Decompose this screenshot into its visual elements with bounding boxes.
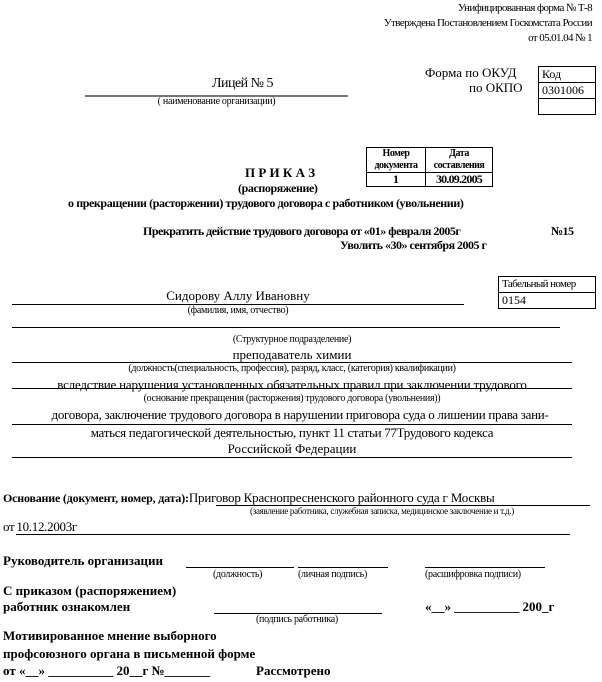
employee-position: преподаватель химии [12,347,572,363]
basis-row: Основание (документ, номер, дата):Пригов… [3,490,495,506]
organization-name: Лицей № 5 [85,76,400,92]
basis-date-prefix: от [3,519,14,534]
basis-value: Приговор Краснопресненского районного су… [189,490,495,505]
basis-date: 10.12.2003г [16,519,77,534]
dismiss-date-line: Уволить «30» сентября 2005 г [340,238,487,253]
tab-number-header: Табельный номер [499,277,596,293]
okpo-value [539,99,596,115]
union-line-2: профсоюзного органа в письменной форме [3,646,255,662]
form-number-line: Унифицированная форма № Т-8 [458,2,592,14]
okpo-label: по ОКПО [469,80,523,96]
signature-caption: (личная подпись) [298,569,367,580]
reason-line-1-strike [12,388,572,389]
contract-number: №15 [551,224,574,239]
reason-line-1: вследствие нарушения установленных обяза… [12,377,572,393]
union-reviewed: Рассмотрено [256,663,331,679]
reason-line-4-underline [12,457,572,458]
reason-line-3: маться педагогической деятельностью, пун… [12,425,572,441]
okud-label: Форма по ОКУД [425,65,517,81]
employee-signature-caption: (подпись работника) [256,614,338,625]
head-position-line[interactable] [186,567,294,568]
employee-name-caption: (фамилия, имя, отчество) [12,305,464,316]
head-signature-line[interactable] [298,567,388,568]
decode-caption: (расшифровка подписи) [425,569,521,580]
doc-number-value: 1 [367,173,426,187]
order-description: о прекращении (расторжении) трудового до… [68,196,463,211]
doc-number-header: Номер документа [367,148,426,173]
approved-line: Утверждена Постановлением Госкомстата Ро… [384,17,592,29]
okud-value: 0301006 [539,83,596,99]
union-line-3: от «__» __________ 20__г №_______ [3,663,210,679]
code-header: Код [539,67,596,83]
tab-number-value: 0154 [499,293,596,309]
basis-label: Основание (документ, номер, дата): [3,491,189,505]
head-label: Руководитель организации [3,553,163,569]
position-caption: (должность(специальность, профессия), ра… [12,363,572,374]
ack-label-1: С приказом (распоряжением) [3,583,176,599]
order-title: П Р И К А З [245,165,315,181]
terminate-contract-line: Прекратить действие трудового договора о… [143,224,460,239]
document-table: Номер документа Дата составления 1 30.09… [366,147,493,187]
basis-caption: (заявление работника, служебная записка,… [250,506,514,516]
organization-caption: ( наименование организации) [85,96,348,107]
employee-name: Сидорову Аллу Ивановну [12,288,464,304]
basis-date-row: от10.12.2003г [3,519,77,535]
position-caption-sig: (должность) [213,569,262,580]
reason-caption: (основание прекращения (расторжения) тру… [12,393,572,404]
ack-label-2: работник ознакомлен [3,599,130,615]
approval-date-line: от 05.01.04 № 1 [528,32,592,44]
ack-date: «__» __________ 200_г [425,599,554,615]
codes-table: Код 0301006 [538,66,596,115]
basis-date-underline [16,534,570,535]
department-underline [12,327,560,328]
head-decode-line[interactable] [425,567,545,568]
department-caption: (Структурное подразделение) [12,334,572,345]
doc-date-value: 30.09.2005 [426,173,493,187]
order-subtitle: (распоряжение) [238,181,318,196]
doc-date-header: Дата составления [426,148,493,173]
reason-line-4: Российской Федерации [12,441,572,457]
tab-number-table: Табельный номер 0154 [498,276,596,309]
reason-line-2: договора, заключение трудового договора … [5,407,595,423]
union-line-1: Мотивированное мнение выборного [3,628,217,644]
